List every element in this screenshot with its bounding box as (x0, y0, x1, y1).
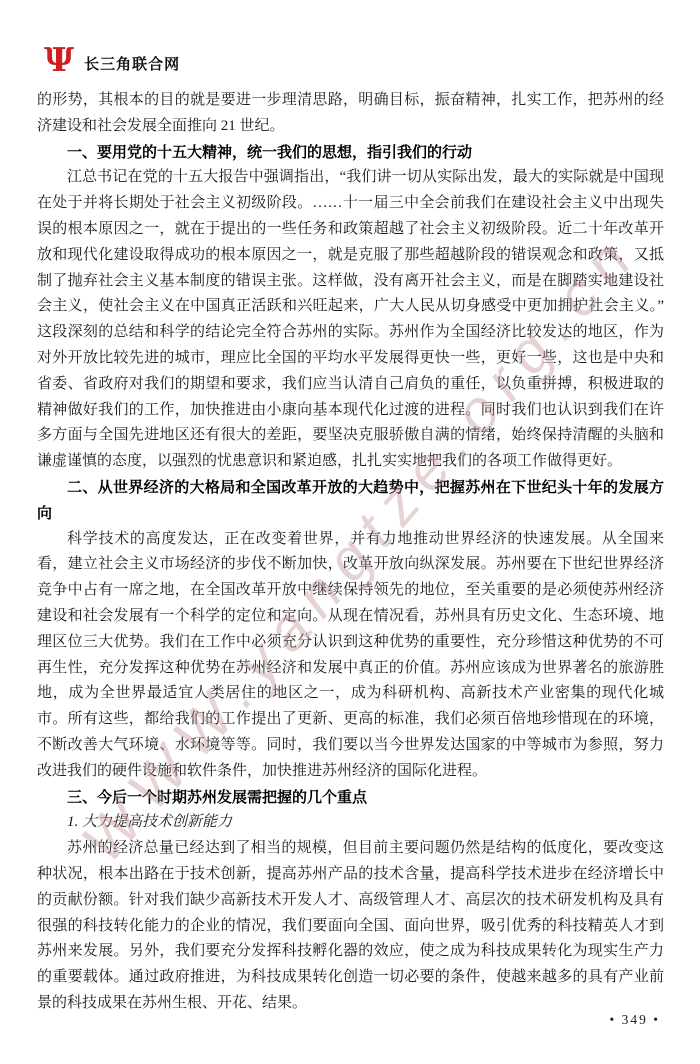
document-body: 的形势，其根本的目的就是要进一步理清思路，明确目标，振奋精神，扎实工作，把苏州的… (37, 88, 664, 1017)
section-heading: 三、今后一个时期苏州发展需把握的几个重点 (37, 785, 664, 811)
body-paragraph: 苏州的经济总量已经达到了相当的规模，但目前主要问题仍然是结构的低度化，要改变这种… (37, 836, 664, 1017)
scanned-document-page: Ψ 长三角联合网 WWW.yangtze.org.cn 的形势，其根本的目的就是… (0, 0, 700, 1064)
site-logo-icon: Ψ (44, 42, 74, 78)
body-paragraph: 江总书记在党的十五大报告中强调指出，“我们讲一切从实际出发，最大的实际就是中国现… (37, 165, 664, 475)
body-paragraph-continuation: 的形势，其根本的目的就是要进一步理清思路，明确目标，振奋精神，扎实工作，把苏州的… (37, 88, 664, 140)
body-paragraph: 科学技术的高度发达，正在改变着世界，并有力地推动世界经济的快速发展。从全国来看，… (37, 527, 664, 785)
page-number: • 349 • (610, 1012, 660, 1028)
section-heading: 二、从世界经济的大格局和全国改革开放的大趋势中，把握苏州在下世纪头十年的发展方向 (37, 475, 664, 527)
site-header: Ψ 长三角联合网 (44, 42, 180, 78)
section-heading: 一、要用党的十五大精神，统一我们的思想，指引我们的行动 (37, 140, 664, 166)
site-name: 长三角联合网 (84, 47, 180, 74)
sub-heading: 1. 大力提高技术创新能力 (37, 810, 664, 836)
